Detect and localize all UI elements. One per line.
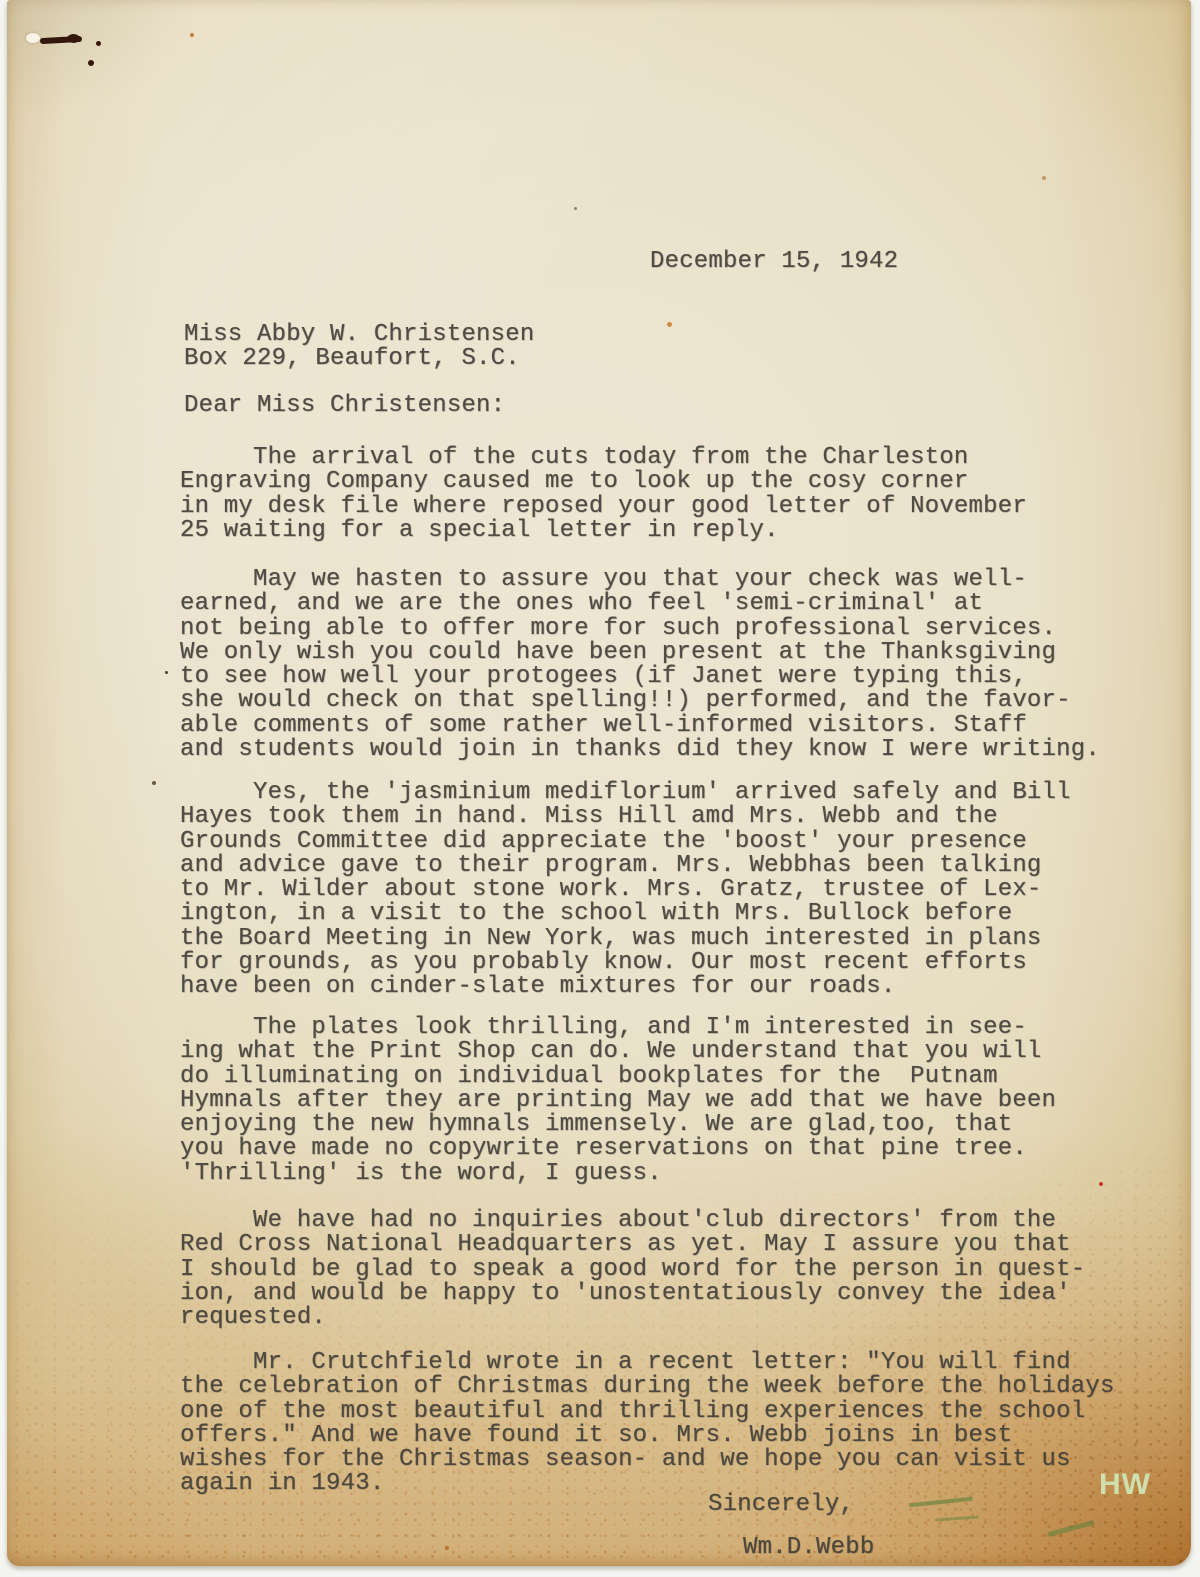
letter-line: We only wish you could have been present… <box>180 641 1100 665</box>
letter-line: requested. <box>180 1306 1085 1330</box>
letter-line: Mr. Crutchfield wrote in a recent letter… <box>180 1351 1115 1375</box>
letter-line: I should be glad to speak a good word fo… <box>180 1258 1085 1282</box>
foxing-speck <box>445 1546 449 1550</box>
letter-line: the celebration of Christmas during the … <box>180 1375 1115 1399</box>
letter-line: ing what the Print Shop can do. We under… <box>180 1040 1056 1064</box>
letter-line: May we hasten to assure you that your ch… <box>180 568 1100 592</box>
rust-mark <box>88 60 94 66</box>
foxing-speck <box>1042 176 1046 180</box>
letter-line: for grounds, as you probably know. Our m… <box>180 951 1071 975</box>
letter-line: you have made no copywrite reservations … <box>180 1137 1056 1161</box>
letter-line: The arrival of the cuts today from the C… <box>180 446 1027 470</box>
letter-line: to see how well your protogees (if Janet… <box>180 665 1100 689</box>
letter-line: in my desk file where reposed your good … <box>180 495 1027 519</box>
letter-date: December 15, 1942 <box>650 250 898 274</box>
letter-line: wishes for the Christmas season- and we … <box>180 1448 1115 1472</box>
foxing-speck <box>667 322 672 327</box>
letter-line: Hymnals after they are printing May we a… <box>180 1089 1056 1113</box>
foxing-speck <box>1099 1182 1103 1186</box>
letter-line: Engraving Company caused me to look up t… <box>180 470 1027 494</box>
recipient-address: Box 229, Beaufort, S.C. <box>184 347 520 371</box>
letter-line: offers." And we have found it so. Mrs. W… <box>180 1424 1115 1448</box>
recipient-name: Miss Abby W. Christensen <box>184 323 534 347</box>
letter-line: not being able to offer more for such pr… <box>180 617 1100 641</box>
paper-gouge <box>26 33 40 43</box>
letter-line: earned, and we are the ones who feel 'se… <box>180 592 1100 616</box>
letter-line: she would check on that spelling!!) perf… <box>180 689 1100 713</box>
letter-line: The plates look thrilling, and I'm inter… <box>180 1016 1056 1040</box>
letter-line: the Board Meeting in New York, was much … <box>180 927 1071 951</box>
letter-line: ington, in a visit to the school with Mr… <box>180 902 1071 926</box>
letter-line: We have had no inquiries about'club dire… <box>180 1209 1085 1233</box>
letter-line: enjoying the new hymnals immensely. We a… <box>180 1113 1056 1137</box>
letter-line: Yes, the 'jasminium mediflorium' arrived… <box>180 781 1071 805</box>
foxing-speck <box>190 33 194 37</box>
rust-mark <box>96 41 101 46</box>
letter-line: Red Cross National Headquarters as yet. … <box>180 1233 1085 1257</box>
foxing-speck <box>152 781 156 785</box>
letter-line: able comments of some rather well-inform… <box>180 714 1100 738</box>
paragraph-1: The arrival of the cuts today from the C… <box>180 446 1027 543</box>
paragraph-2: May we hasten to assure you that your ch… <box>180 568 1100 762</box>
letter-line: 'Thrilling' is the word, I guess. <box>180 1162 1056 1186</box>
rust-mark <box>67 34 80 43</box>
letter-line: Hayes took them in hand. Miss Hill amd M… <box>180 805 1071 829</box>
letter-line: do illuminating on individual bookplates… <box>180 1065 1056 1089</box>
letter-line: and students would join in thanks did th… <box>180 738 1100 762</box>
letter-line: ion, and would be happy to 'unostentatio… <box>180 1282 1085 1306</box>
salutation: Dear Miss Christensen: <box>184 394 505 418</box>
letter-line: again in 1943. <box>180 1472 1115 1496</box>
letter-line: 25 waiting for a special letter in reply… <box>180 519 1027 543</box>
letter-line: one of the most beautiful and thrilling … <box>180 1400 1115 1424</box>
closing: Sincerely, <box>708 1493 854 1517</box>
signature: Wm.D.Webb <box>743 1536 874 1560</box>
paragraph-3: Yes, the 'jasminium mediflorium' arrived… <box>180 781 1071 1000</box>
paragraph-5: We have had no inquiries about'club dire… <box>180 1209 1085 1330</box>
foxing-speck <box>165 671 168 674</box>
letter-page: HW December 15, 1942 Miss Abby W. Christ… <box>7 0 1191 1566</box>
letter-line: Grounds Committee did appreciate the 'bo… <box>180 830 1071 854</box>
foxing-speck <box>574 207 577 210</box>
letter-line: have been on cinder-slate mixtures for o… <box>180 975 1071 999</box>
paragraph-6: Mr. Crutchfield wrote in a recent letter… <box>180 1351 1115 1497</box>
scanned-letter-background: HW December 15, 1942 Miss Abby W. Christ… <box>0 0 1200 1577</box>
paragraph-4: The plates look thrilling, and I'm inter… <box>180 1016 1056 1186</box>
letter-line: and advice gave to their program. Mrs. W… <box>180 854 1071 878</box>
letter-line: to Mr. Wilder about stone work. Mrs. Gra… <box>180 878 1071 902</box>
